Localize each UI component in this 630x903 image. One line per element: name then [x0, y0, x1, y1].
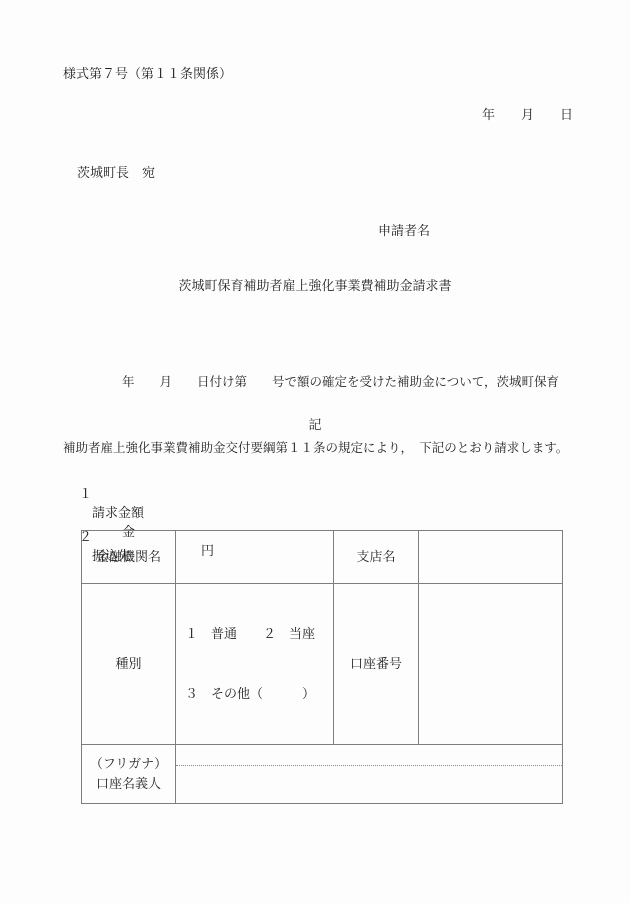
document-title: 茨城町保育補助者雇上強化事業費補助金請求書 [0, 275, 630, 294]
furigana-label: （フリガナ） [82, 754, 175, 774]
table-row: 金融機関名 支店名 [82, 531, 563, 584]
document-page: 様式第７号（第１１条関係） 年 月 日 茨城町長 宛 申請者名 茨城町保育補助者… [0, 0, 630, 903]
account-holder-label-cell: （フリガナ） 口座名義人 [82, 745, 176, 804]
table-row: 種別 １ 普通 ２ 当座 ３ その他（ ） 口座番号 [82, 584, 563, 745]
account-type-options-cell[interactable]: １ 普通 ２ 当座 ３ その他（ ） [176, 584, 334, 745]
branch-name-input-cell[interactable] [419, 531, 563, 584]
account-type-option-line-2: ３ その他（ ） [185, 684, 333, 704]
addressee-line: 茨城町長 宛 [77, 162, 155, 181]
account-type-option-line-1: １ 普通 ２ 当座 [185, 624, 333, 644]
bank-name-label-cell: 金融機関名 [82, 531, 176, 584]
bank-name-input-cell[interactable] [176, 531, 334, 584]
record-heading: 記 [0, 414, 630, 433]
form-number: 様式第７号（第１１条関係） [63, 63, 232, 82]
account-number-input-cell[interactable] [419, 584, 563, 745]
account-holder-label: 口座名義人 [82, 774, 175, 794]
bank-transfer-table: 金融機関名 支店名 種別 １ 普通 ２ 当座 ３ その他（ ） 口座番号 （フリ… [81, 530, 563, 804]
account-type-label-cell: 種別 [82, 584, 176, 745]
date-line: 年 月 日 [482, 104, 573, 123]
body-line-1: 年 月 日付け第 号で額の確定を受けた補助金について，茨城町保育 [63, 371, 583, 393]
account-holder-input-cell[interactable] [176, 745, 563, 804]
furigana-separator-line [176, 765, 562, 766]
claim-amount-item-number: １ [79, 486, 92, 501]
body-line-2: 補助者雇上強化事業費補助金交付要綱第１１条の規定により， 下記のとおり請求します… [63, 437, 583, 459]
branch-name-label-cell: 支店名 [334, 531, 419, 584]
account-number-label-cell: 口座番号 [334, 584, 419, 745]
table-row: （フリガナ） 口座名義人 [82, 745, 563, 804]
applicant-name-label: 申請者名 [378, 220, 430, 239]
